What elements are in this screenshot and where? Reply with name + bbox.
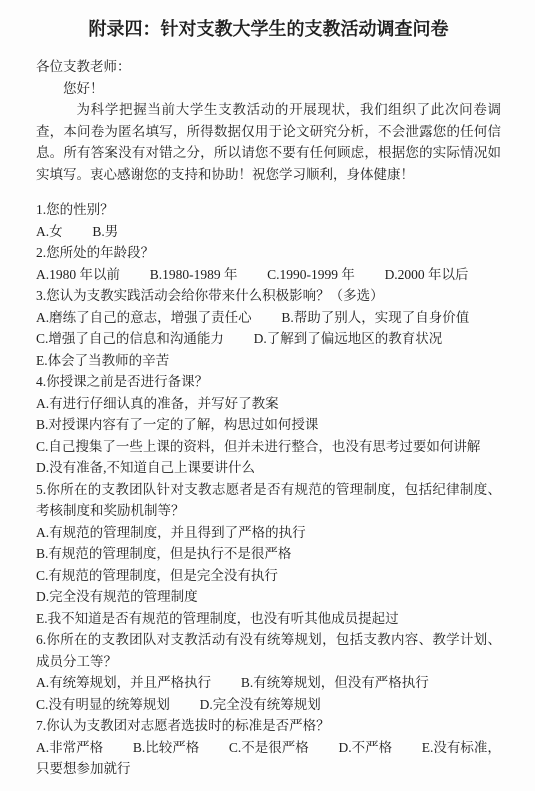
question-text: 2.您所处的年龄段？ [36, 242, 501, 264]
option-line: E.体会了当教师的辛苦 [36, 350, 501, 372]
option-line: D.完全没有规范的管理制度 [36, 586, 501, 608]
option-line: A.有规范的管理制度，并且得到了严格的执行 [36, 522, 501, 544]
option: A.有统筹规划，并且严格执行 [36, 675, 211, 690]
option: B.有规范的管理制度，但是执行不是很严格 [36, 546, 291, 561]
option: B.比较严格 [133, 740, 199, 755]
questions-list: 1.您的性别？A.女B.男2.您所处的年龄段？A.1980 年以前B.1980-… [36, 199, 501, 780]
option: A.1980 年以前 [36, 267, 120, 282]
option-line: D.没有准备,不知道自己上课要讲什么 [36, 457, 501, 479]
option: D.2000 年以后 [385, 267, 469, 282]
question-2: 2.您所处的年龄段？A.1980 年以前B.1980-1989 年C.1990-… [36, 242, 501, 285]
option-line: A.非常严格B.比较严格C.不是很严格D.不严格E.没有标准，只要想参加就行 [36, 737, 501, 780]
option-line: C.有规范的管理制度，但是完全没有执行 [36, 565, 501, 587]
question-4: 4.你授课之前是否进行备课？A.有进行仔细认真的准备，并写好了教案B.对授课内容… [36, 371, 501, 479]
option: B.对授课内容有了一定的了解，构思过如何授课 [36, 417, 318, 432]
option-line: A.有进行仔细认真的准备，并写好了教案 [36, 393, 501, 415]
option-line: A.女B.男 [36, 221, 501, 243]
option: E.体会了当教师的辛苦 [36, 353, 169, 368]
option: B.有统筹规划，但没有严格执行 [241, 675, 429, 690]
option-line: C.没有明显的统筹规划D.完全没有统筹规划 [36, 694, 501, 716]
question-text: 7.你认为支教团对志愿者选拔时的标准是否严格？ [36, 715, 501, 737]
question-1: 1.您的性别？A.女B.男 [36, 199, 501, 242]
question-text: 3.您认为支教实践活动会给你带来什么积极影响？（多选） [36, 285, 501, 307]
option-line: B.有规范的管理制度，但是执行不是很严格 [36, 543, 501, 565]
option: A.有进行仔细认真的准备，并写好了教案 [36, 396, 279, 411]
greeting-line: 您好！ [36, 78, 501, 100]
question-text: 6.你所在的支教团队对支教活动有没有统筹规划，包括支教内容、教学计划、成员分工等… [36, 629, 501, 672]
salutation-line: 各位支教老师： [36, 56, 501, 78]
option: A.非常严格 [36, 740, 103, 755]
option: D.没有准备,不知道自己上课要讲什么 [36, 460, 255, 475]
question-text: 4.你授课之前是否进行备课？ [36, 371, 501, 393]
option: A.磨练了自己的意志，增强了责任心 [36, 310, 252, 325]
question-text: 5.你所在的支教团队针对支教志愿者是否有规范的管理制度，包括纪律制度、考核制度和… [36, 479, 501, 522]
option: B.男 [92, 224, 118, 239]
question-7: 7.你认为支教团对志愿者选拔时的标准是否严格？A.非常严格B.比较严格C.不是很… [36, 715, 501, 780]
question-3: 3.您认为支教实践活动会给你带来什么积极影响？（多选）A.磨练了自己的意志，增强… [36, 285, 501, 371]
option-line: C.自己搜集了一些上课的资料，但并未进行整合，也没有思考过要如何讲解 [36, 436, 501, 458]
page-title: 附录四：针对支教大学生的支教活动调查问卷 [36, 16, 501, 42]
option: C.有规范的管理制度，但是完全没有执行 [36, 568, 278, 583]
option-line: A.有统筹规划，并且严格执行B.有统筹规划，但没有严格执行 [36, 672, 501, 694]
option: D.了解到了偏远地区的教育状况 [254, 331, 443, 346]
option-line: B.对授课内容有了一定的了解，构思过如何授课 [36, 414, 501, 436]
option: C.没有明显的统筹规划 [36, 697, 170, 712]
option: D.完全没有统筹规划 [200, 697, 321, 712]
option-line: A.磨练了自己的意志，增强了责任心B.帮助了别人，实现了自身价值 [36, 307, 501, 329]
option: B.1980-1989 年 [150, 267, 238, 282]
question-6: 6.你所在的支教团队对支教活动有没有统筹规划，包括支教内容、教学计划、成员分工等… [36, 629, 501, 715]
option: D.完全没有规范的管理制度 [36, 589, 198, 604]
questionnaire-document: 附录四：针对支教大学生的支教活动调查问卷 各位支教老师： 您好！ 为科学把握当前… [0, 0, 535, 791]
option: C.1990-1999 年 [267, 267, 355, 282]
option-line: E.我不知道是否有规范的管理制度，也没有听其他成员提起过 [36, 608, 501, 630]
option: B.帮助了别人，实现了自身价值 [281, 310, 469, 325]
option: D.不严格 [338, 740, 392, 755]
option-line: C.增强了自己的信息和沟通能力D.了解到了偏远地区的教育状况 [36, 328, 501, 350]
option: C.自己搜集了一些上课的资料，但并未进行整合，也没有思考过要如何讲解 [36, 439, 480, 454]
question-5: 5.你所在的支教团队针对支教志愿者是否有规范的管理制度，包括纪律制度、考核制度和… [36, 479, 501, 630]
option-line: A.1980 年以前B.1980-1989 年C.1990-1999 年D.20… [36, 264, 501, 286]
option: A.有规范的管理制度，并且得到了严格的执行 [36, 525, 306, 540]
option: E.我不知道是否有规范的管理制度，也没有听其他成员提起过 [36, 611, 399, 626]
option: C.增强了自己的信息和沟通能力 [36, 331, 224, 346]
question-text: 1.您的性别？ [36, 199, 501, 221]
option: C.不是很严格 [229, 740, 309, 755]
intro-paragraph: 为科学把握当前大学生支教活动的开展现状，我们组织了此次问卷调查，本问卷为匿名填写… [36, 99, 501, 185]
option: A.女 [36, 224, 63, 239]
